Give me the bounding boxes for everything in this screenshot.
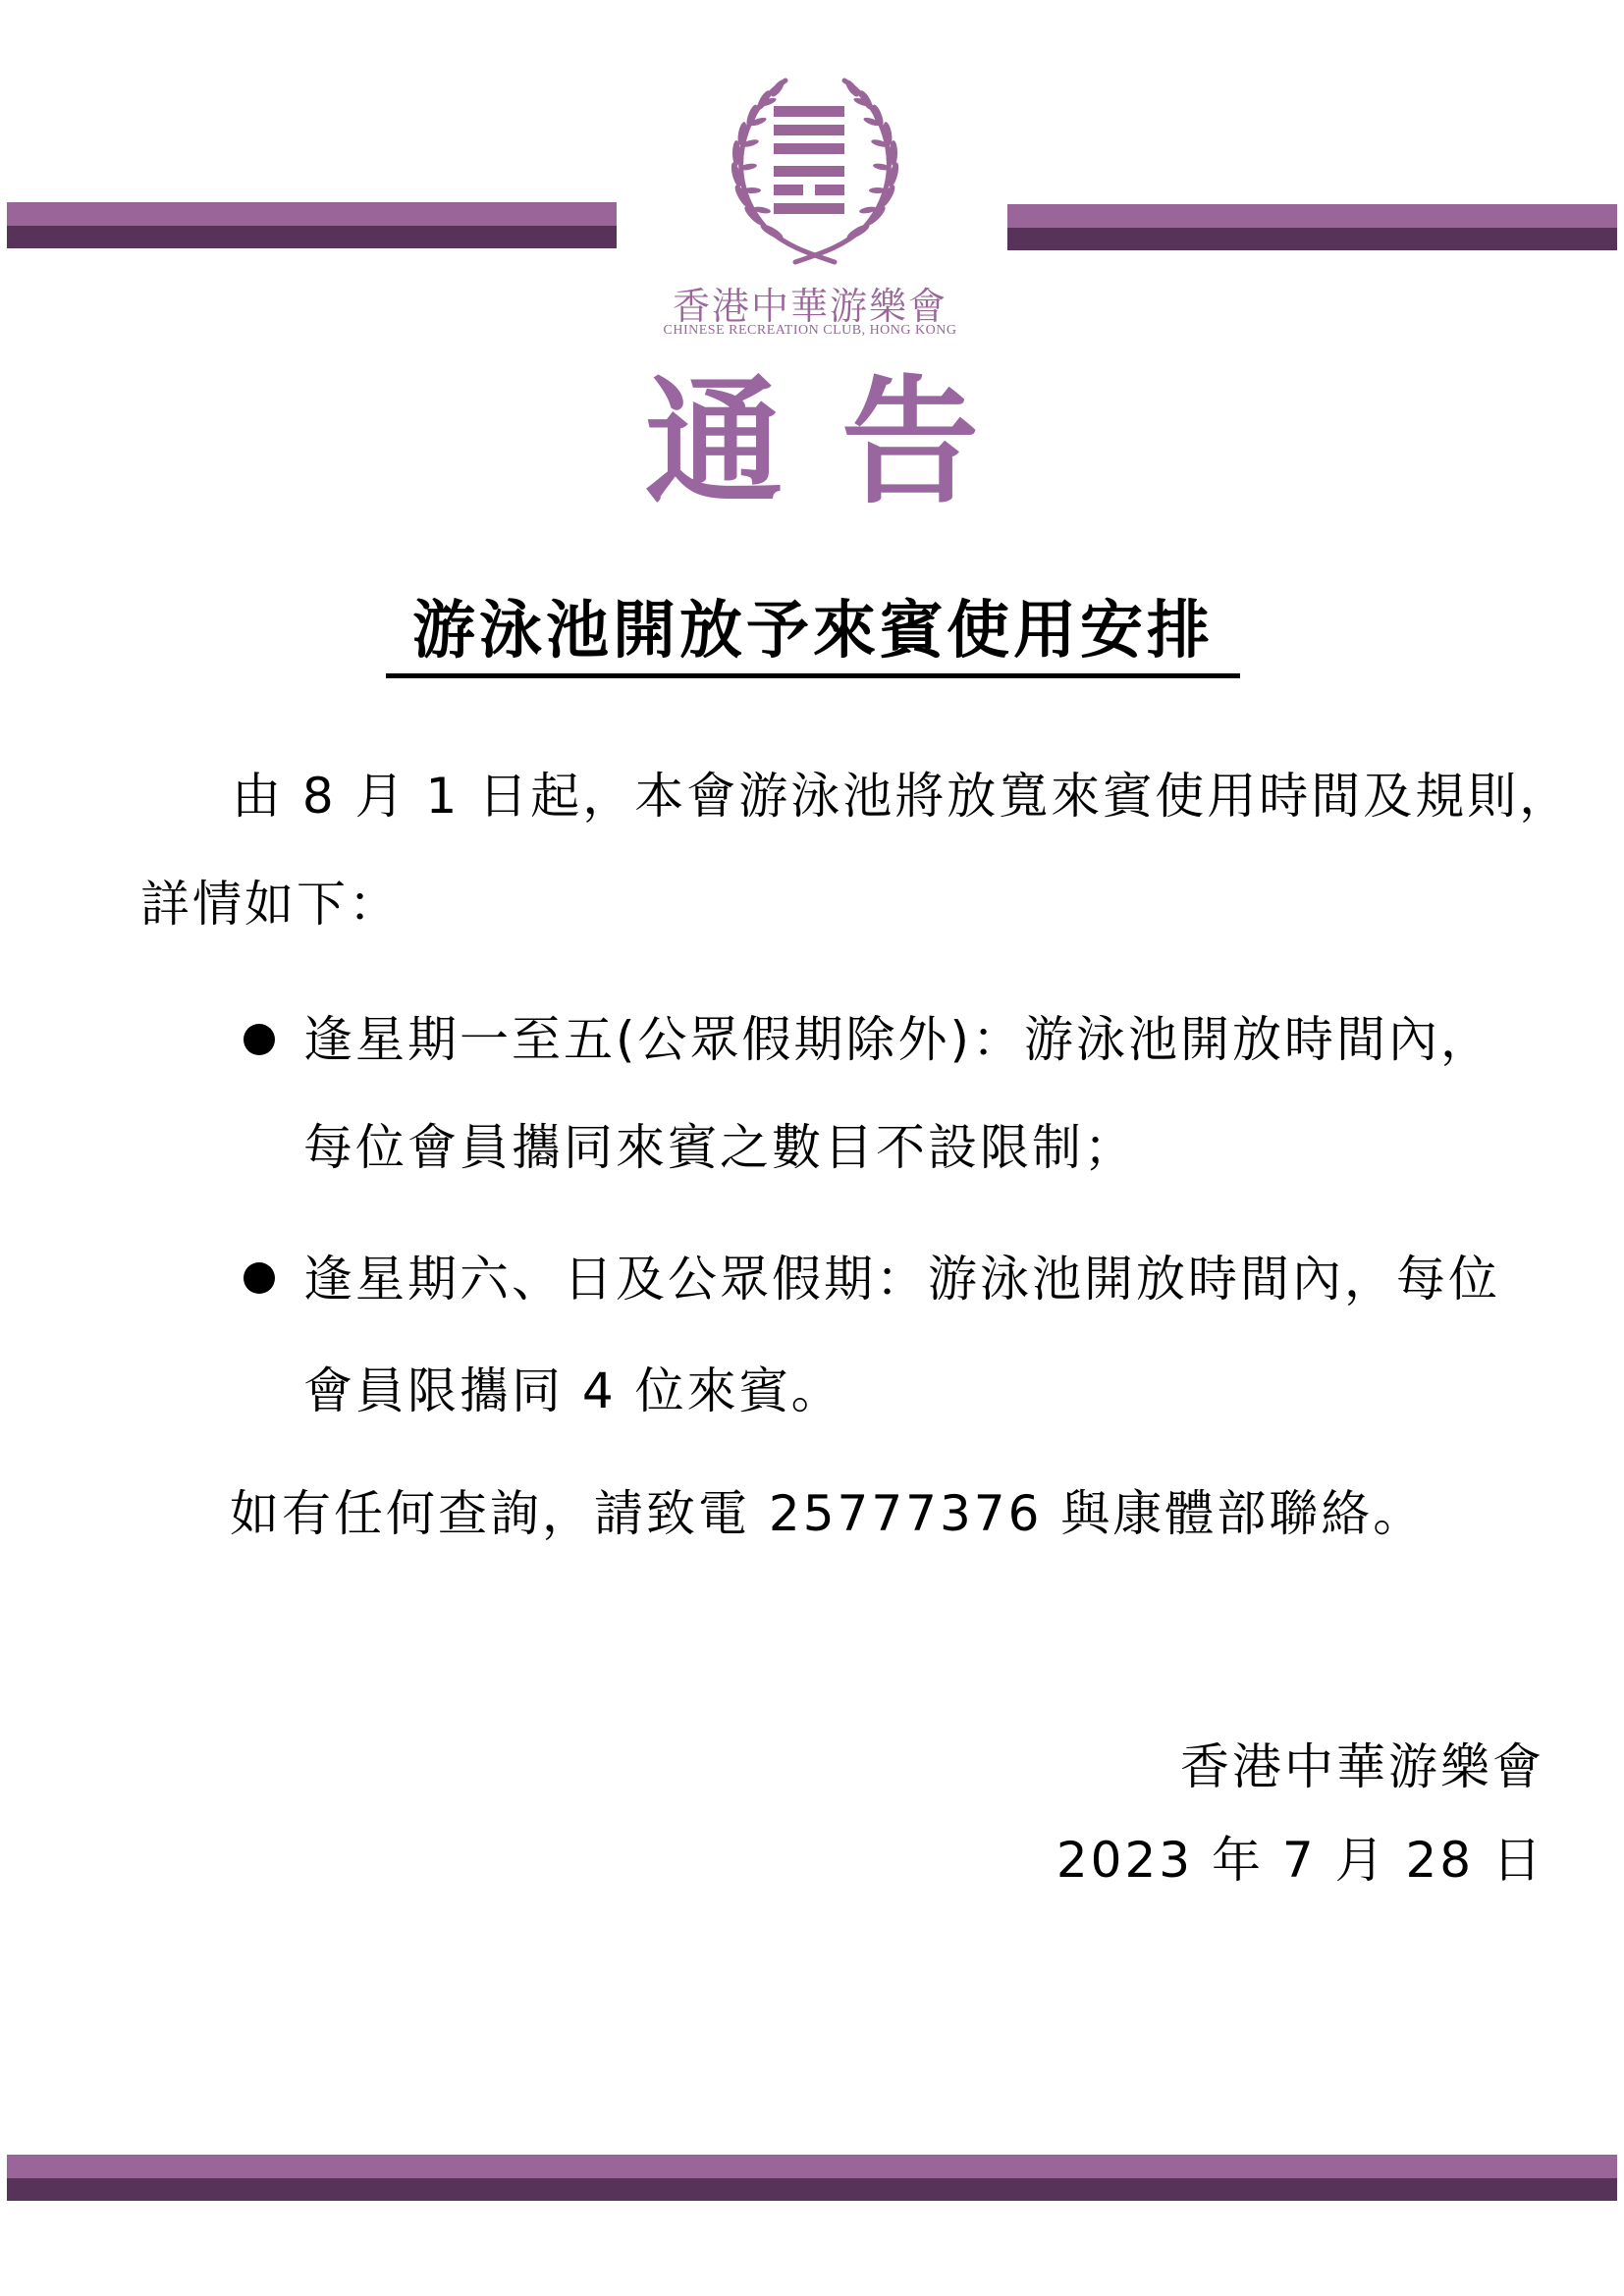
enquiry-line: 如有任何查詢，請致電 25777376 與康體部聯絡。 — [230, 1479, 1425, 1548]
bullet-icon — [244, 1024, 275, 1055]
club-logo-icon — [687, 71, 943, 267]
signature-date: 2023 年 7 月 28 日 — [1056, 1826, 1544, 1895]
header-bar-right — [1007, 204, 1617, 250]
bullet-1-line-2: 每位會員攜同來賓之數目不設限制； — [303, 1113, 1136, 1182]
notice-title: 通告 — [0, 365, 1624, 522]
bar-dark-stripe — [1007, 228, 1617, 250]
club-name-english: CHINESE RECREATION CLUB, HONG KONG — [648, 323, 972, 339]
bullet-icon — [244, 1262, 275, 1294]
bullet-1-line-1: 逢星期一至五(公眾假期除外)：游泳池開放時間內， — [303, 1005, 1492, 1074]
header-bar-left — [7, 202, 617, 248]
club-name-chinese: 香港中華游樂會 — [648, 276, 972, 330]
intro-line-2: 詳情如下： — [140, 870, 401, 938]
notice-subtitle: 游泳池開放予來賓使用安排 — [386, 589, 1240, 678]
bar-light-stripe — [7, 202, 617, 226]
bar-dark-stripe — [7, 226, 617, 248]
bar-dark-stripe — [7, 2178, 1617, 2201]
bar-light-stripe — [1007, 204, 1617, 228]
bar-light-stripe — [7, 2155, 1617, 2178]
bullet-2-line-2: 會員限攜同 4 位來賓。 — [303, 1357, 843, 1425]
footer-bar — [7, 2155, 1617, 2201]
bullet-2-line-1: 逢星期六、日及公眾假期：游泳池開放時間內，每位 — [303, 1245, 1500, 1313]
intro-line-1: 由 8 月 1 日起，本會游泳池將放寬來賓使用時間及規則， — [232, 762, 1571, 830]
signature-organization: 香港中華游樂會 — [1180, 1733, 1544, 1801]
